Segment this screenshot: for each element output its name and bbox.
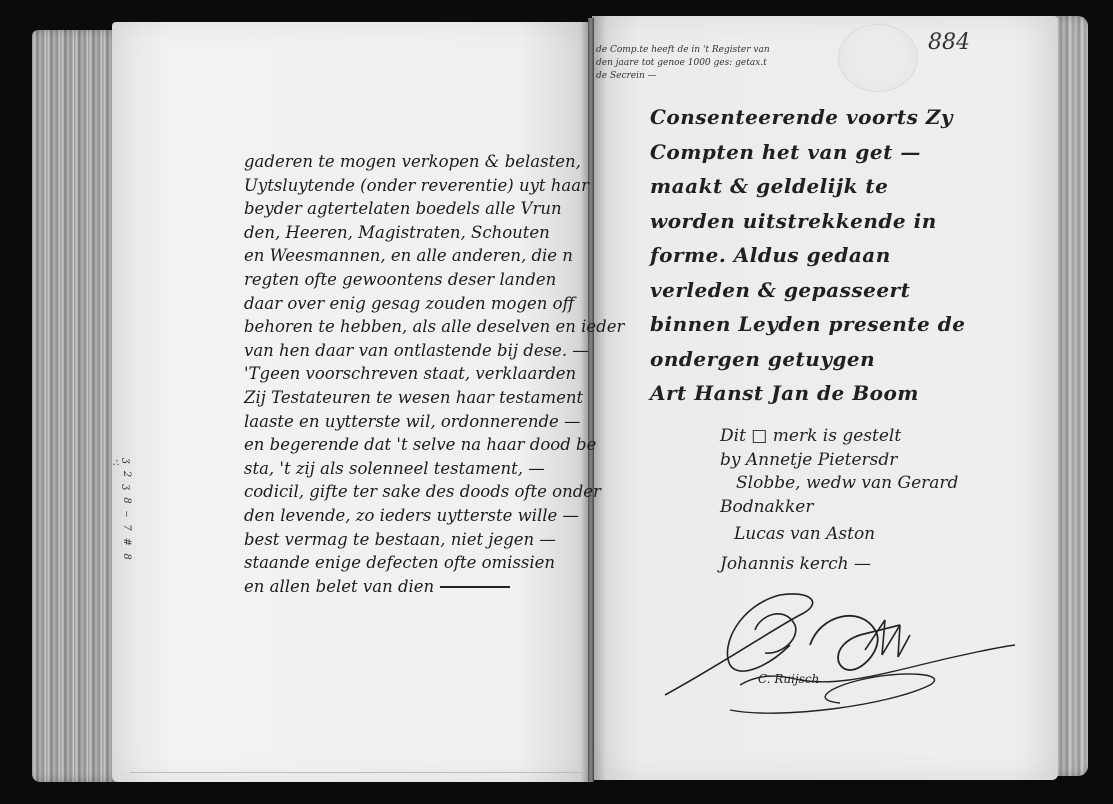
folio-number: 884 xyxy=(928,30,970,55)
text-line: Uytsluytende (onder reverentie) uyt haar xyxy=(244,174,624,198)
text-line: verleden & gepasseert xyxy=(650,273,965,308)
text-line: den levende, zo ieders uytterste wille — xyxy=(244,504,624,528)
page-bottom-edge xyxy=(130,772,585,773)
text-line: gaderen te mogen verkopen & belasten, xyxy=(244,150,624,174)
mark-statement-line: Dit □ merk is gestelt xyxy=(720,425,958,449)
mark-statement-line: by Annetje Pietersdr xyxy=(720,449,958,473)
text-line: beyder agtertelaten boedels alle Vrun xyxy=(244,197,624,221)
text-line: en allen belet van dien xyxy=(244,575,624,599)
text-line: van hen daar van ontlastende bij dese. — xyxy=(244,339,624,363)
text-line: en begerende dat 't selve na haar dood b… xyxy=(244,433,624,457)
witness-signature: Johannis kerch — xyxy=(720,553,958,577)
text-line: codicil, gifte ter sake des doods ofte o… xyxy=(244,480,624,504)
text-line: 'Tgeen voorschreven staat, verklaarden xyxy=(244,362,624,386)
left-page-block-edge xyxy=(32,30,124,782)
scanned-book-spread: ʒ 2 ʒ 8 ‒ 7 # 8 ∴ ​ gaderen te mogen ver… xyxy=(0,0,1113,804)
left-page-text: gaderen te mogen verkopen & belasten, Uy… xyxy=(244,150,624,598)
embossed-seal xyxy=(838,24,918,92)
annotation-line: de Comp.te heeft de in 't Register van xyxy=(596,44,770,57)
notary-signature-text: C. Ruijsch xyxy=(758,672,819,686)
line-filler-stroke xyxy=(440,586,510,588)
right-page-main-text: Consenteerende voorts Zy Compten het van… xyxy=(650,100,965,411)
text-line: regten ofte gewoontens deser landen xyxy=(244,268,624,292)
text-line: Compten het van get — xyxy=(650,135,965,170)
text-line: laaste en uytterste wil, ordonnerende — xyxy=(244,410,624,434)
text-line: forme. Aldus gedaan xyxy=(650,238,965,273)
fore-edge-notation: ʒ 2 ʒ 8 ‒ 7 # 8 ∴ xyxy=(118,458,132,578)
text-line: Zij Testateuren te wesen haar testament xyxy=(244,386,624,410)
text-line: den, Heeren, Magistraten, Schouten xyxy=(244,221,624,245)
right-page-closing-text: Dit □ merk is gestelt by Annetje Pieters… xyxy=(720,425,958,576)
witness-signatures-line: Art Hanst Jan de Boom xyxy=(650,376,965,411)
mark-statement-line: Bodnakker xyxy=(720,496,958,520)
text-line-content: en allen belet van dien xyxy=(244,577,434,596)
text-line: behoren te hebben, als alle deselven en … xyxy=(244,315,624,339)
text-line: binnen Leyden presente de xyxy=(650,307,965,342)
margin-annotation: de Comp.te heeft de in 't Register van d… xyxy=(596,44,770,83)
text-line: staande enige defecten ofte omissien xyxy=(244,551,624,575)
mark-statement-line: Slobbe, wedw van Gerard xyxy=(720,472,958,496)
text-line: ondergen getuygen xyxy=(650,342,965,377)
text-line: worden uitstrekkende in xyxy=(650,204,965,239)
annotation-line: den jaare tot genoe 1000 ges: getax.t xyxy=(596,57,770,70)
text-line: maakt & geldelijk te xyxy=(650,169,965,204)
notary-signature-flourish: C. Ruijsch xyxy=(660,585,1020,725)
annotation-line: de Secrein — xyxy=(596,70,770,83)
witness-signature: Lucas van Aston xyxy=(720,523,958,547)
text-line: Consenteerende voorts Zy xyxy=(650,100,965,135)
text-line: en Weesmannen, en alle anderen, die n xyxy=(244,244,624,268)
text-line: best vermag te bestaan, niet jegen — xyxy=(244,528,624,552)
text-line: daar over enig gesag zouden mogen off xyxy=(244,292,624,316)
text-line: sta, 't zij als solenneel testament, — xyxy=(244,457,624,481)
